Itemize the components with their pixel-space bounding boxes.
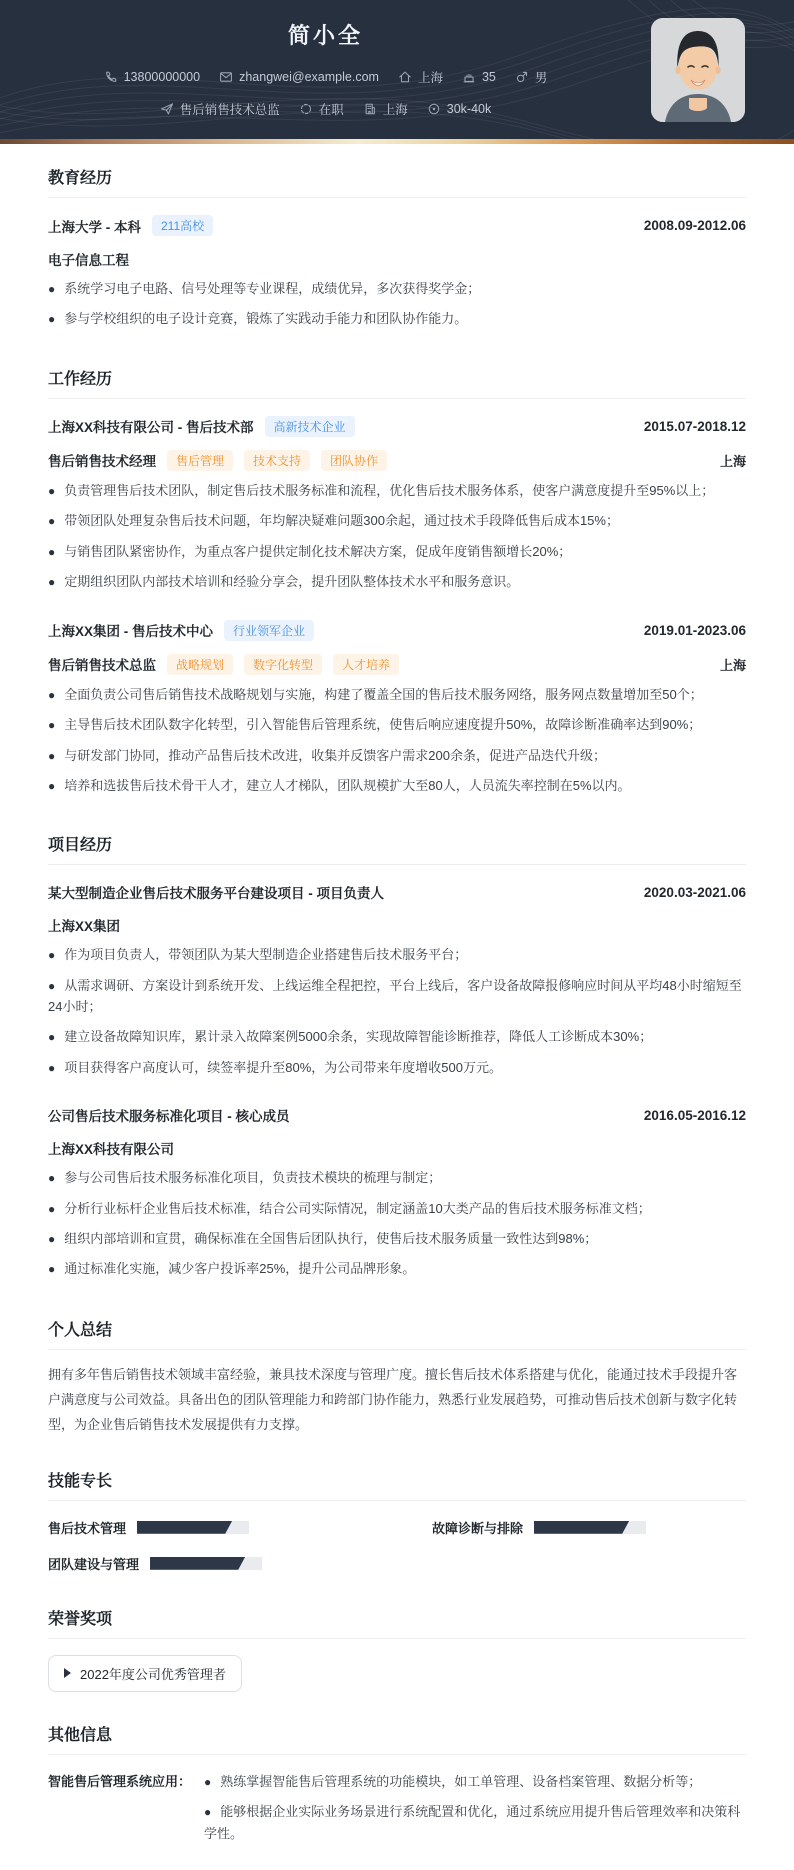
bullet-dot: ● xyxy=(48,779,55,793)
section-honors: 荣誉奖项 2022年度公司优秀管理者 xyxy=(48,1606,746,1692)
education-date: 2008.09-2012.06 xyxy=(644,218,746,233)
school-tag: 211高校 xyxy=(152,215,213,236)
role-tag: 技术支持 xyxy=(244,450,310,471)
project-bullets: ●参与公司售后技术服务标准化项目，负责技术模块的梳理与制定； ●分析行业标杆企业… xyxy=(48,1167,746,1280)
phone-icon xyxy=(104,70,118,84)
bullet-item: ●培养和选拔售后技术骨干人才，建立人才梯队，团队规模扩大至80人，人员流失率控制… xyxy=(48,775,746,796)
home-icon xyxy=(398,70,412,84)
work-date: 2019.01-2023.06 xyxy=(644,623,746,638)
bullet-dot: ● xyxy=(48,545,55,559)
skill-bar-fill xyxy=(137,1521,232,1534)
skill-name: 售后技术管理 xyxy=(48,1518,126,1537)
bullet-item: ●与销售团队紧密协作，为重点客户提供定制化技术解决方案，促成年度销售额增长20%… xyxy=(48,541,746,562)
education-bullets: ●系统学习电子电路、信号处理等专业课程，成绩优异，多次获得奖学金； ●参与学校组… xyxy=(48,278,746,330)
skill-bar-track xyxy=(137,1521,249,1534)
bullet-item: ●与研发部门协同，推动产品售后技术改进，收集并反馈客户需求200余条，促进产品迭… xyxy=(48,745,746,766)
skill-bar-track xyxy=(150,1557,262,1570)
triangle-right-icon xyxy=(64,1668,71,1678)
section-other: 其他信息 智能售后管理系统应用： ●熟练掌握智能售后管理系统的功能模块，如工单管… xyxy=(48,1722,746,1844)
role-tag: 人才培养 xyxy=(333,654,399,675)
section-education: 教育经历 上海大学 - 本科 211高校 2008.09-2012.06 电子信… xyxy=(48,165,746,330)
gender-value: 男 xyxy=(535,68,548,86)
school-name: 上海大学 - 本科 xyxy=(48,216,141,236)
project-name: 公司售后技术服务标准化项目 - 核心成员 xyxy=(48,1105,290,1125)
bullet-item: ●全面负责公司售后销售技术战略规划与实施，构建了覆盖全国的售后技术服务网络，服务… xyxy=(48,684,746,705)
skill-item: 售后技术管理 xyxy=(48,1518,362,1537)
bullet-dot: ● xyxy=(48,948,55,962)
bullet-item: ●通过标准化实施，减少客户投诉率25%，提升公司品牌形象。 xyxy=(48,1258,746,1279)
section-title-skills: 技能专长 xyxy=(48,1468,746,1501)
section-skills: 技能专长 售后技术管理 故障诊断与排除 团队建设与管理 xyxy=(48,1468,746,1573)
bullet-dot: ● xyxy=(48,688,55,702)
skill-item: 故障诊断与排除 xyxy=(432,1518,746,1537)
bullet-dot: ● xyxy=(204,1775,211,1789)
company-tag: 行业领军企业 xyxy=(224,620,314,641)
role-name: 售后销售技术总监 xyxy=(48,654,156,674)
bullet-item: ●负责管理售后技术团队，制定售后技术服务标准和流程，优化售后技术服务体系，使客户… xyxy=(48,480,746,501)
section-title-summary: 个人总结 xyxy=(48,1317,746,1350)
bullet-item: ●从需求调研、方案设计到系统开发、上线运维全程把控，平台上线后，客户设备故障报修… xyxy=(48,975,746,1017)
status-item: 在职 xyxy=(299,100,344,118)
company-tag: 高新技术企业 xyxy=(265,416,355,437)
phone-value: 13800000000 xyxy=(124,70,200,84)
section-summary: 个人总结 拥有多年售后销售技术领域丰富经验，兼具技术深度与管理广度。擅长售后技术… xyxy=(48,1317,746,1438)
email-icon xyxy=(219,70,233,84)
work-bullets: ●负责管理售后技术团队，制定售后技术服务标准和流程，优化售后技术服务体系，使客户… xyxy=(48,480,746,593)
avatar xyxy=(651,18,745,122)
section-title-other: 其他信息 xyxy=(48,1722,746,1755)
contact-row-2: 售后销售技术总监 在职 上海 xyxy=(0,100,651,118)
skill-name: 团队建设与管理 xyxy=(48,1554,139,1573)
bullet-item: ●能够根据企业实际业务场景进行系统配置和优化，通过系统应用提升售后管理效率和决策… xyxy=(204,1801,746,1843)
honor-badge[interactable]: 2022年度公司优秀管理者 xyxy=(48,1655,242,1692)
work-location: 上海 xyxy=(720,451,746,470)
bullet-dot: ● xyxy=(48,1202,55,1216)
section-work: 工作经历 上海XX科技有限公司 - 售后技术部 高新技术企业 2015.07-2… xyxy=(48,366,746,797)
summary-text: 拥有多年售后销售技术领域丰富经验，兼具技术深度与管理广度。擅长售后技术体系搭建与… xyxy=(48,1363,746,1438)
skill-item: 团队建设与管理 xyxy=(48,1554,362,1573)
position-value: 售后销售技术总监 xyxy=(180,100,280,118)
position-icon xyxy=(160,102,174,116)
salary-item: 30k-40k xyxy=(427,102,491,116)
project-bullets: ●作为项目负责人，带领团队为某大型制造企业搭建售后技术服务平台； ●从需求调研、… xyxy=(48,944,746,1078)
bullet-item: ●组织内部培训和宣贯，确保标准在全国售后团队执行，使售后技术服务质量一致性达到9… xyxy=(48,1228,746,1249)
bullet-item: ●参与学校组织的电子设计竞赛，锻炼了实践动手能力和团队协作能力。 xyxy=(48,308,746,329)
city-value: 上海 xyxy=(383,100,408,118)
age-icon xyxy=(462,70,476,84)
other-bullets: ●熟练掌握智能售后管理系统的功能模块，如工单管理、设备档案管理、数据分析等； ●… xyxy=(204,1771,746,1844)
gender-item: 男 xyxy=(515,68,548,86)
bullet-item: ●定期组织团队内部技术培训和经验分享会，提升团队整体技术水平和服务意识。 xyxy=(48,571,746,592)
email-value: zhangwei@example.com xyxy=(239,70,379,84)
section-projects: 项目经历 某大型制造企业售后技术服务平台建设项目 - 项目负责人 2020.03… xyxy=(48,832,746,1280)
work-entry-1: 上海XX科技有限公司 - 售后技术部 高新技术企业 2015.07-2018.1… xyxy=(48,416,746,593)
bullet-dot: ● xyxy=(48,514,55,528)
section-title-honors: 荣誉奖项 xyxy=(48,1606,746,1639)
bullet-item: ●主导售后技术团队数字化转型，引入智能售后管理系统，使售后响应速度提升50%，故… xyxy=(48,714,746,735)
resume-body: 教育经历 上海大学 - 本科 211高校 2008.09-2012.06 电子信… xyxy=(0,165,794,1870)
work-date: 2015.07-2018.12 xyxy=(644,419,746,434)
bullet-dot: ● xyxy=(48,282,55,296)
project-org: 上海XX集团 xyxy=(48,915,746,935)
bullet-dot: ● xyxy=(48,1232,55,1246)
age-value: 35 xyxy=(482,70,496,84)
work-location: 上海 xyxy=(720,655,746,674)
bullet-dot: ● xyxy=(48,1171,55,1185)
bullet-item: ●熟练掌握智能售后管理系统的功能模块，如工单管理、设备档案管理、数据分析等； xyxy=(204,1771,746,1792)
section-title-work: 工作经历 xyxy=(48,366,746,399)
home-city-item: 上海 xyxy=(398,68,443,86)
status-icon xyxy=(299,102,313,116)
other-label: 智能售后管理系统应用： xyxy=(48,1771,191,1844)
skill-name: 故障诊断与排除 xyxy=(432,1518,523,1537)
project-entry-head: 公司售后技术服务标准化项目 - 核心成员 2016.05-2016.12 xyxy=(48,1105,746,1125)
work-entry-sub: 售后销售技术经理 售后管理 技术支持 团队协作 上海 xyxy=(48,450,746,471)
bullet-dot: ● xyxy=(48,979,55,993)
honor-text: 2022年度公司优秀管理者 xyxy=(80,1664,226,1683)
bullet-item: ●系统学习电子电路、信号处理等专业课程，成绩优异，多次获得奖学金； xyxy=(48,278,746,299)
bullet-dot: ● xyxy=(48,749,55,763)
skill-bar-track xyxy=(534,1521,646,1534)
bullet-dot: ● xyxy=(48,718,55,732)
company-name: 上海XX集团 - 售后技术中心 xyxy=(48,620,213,640)
project-name: 某大型制造企业售后技术服务平台建设项目 - 项目负责人 xyxy=(48,882,384,902)
city-item: 上海 xyxy=(363,100,408,118)
other-info-row: 智能售后管理系统应用： ●熟练掌握智能售后管理系统的功能模块，如工单管理、设备档… xyxy=(48,1771,746,1844)
work-entry-sub: 售后销售技术总监 战略规划 数字化转型 人才培养 上海 xyxy=(48,654,746,675)
home-city-value: 上海 xyxy=(418,68,443,86)
age-item: 35 xyxy=(462,70,496,84)
bullet-dot: ● xyxy=(204,1805,211,1819)
salary-icon xyxy=(427,102,441,116)
position-item: 售后销售技术总监 xyxy=(160,100,280,118)
major-name: 电子信息工程 xyxy=(48,249,746,269)
role-tag: 数字化转型 xyxy=(244,654,322,675)
city-icon xyxy=(363,102,377,116)
bullet-item: ●分析行业标杆企业售后技术标准，结合公司实际情况，制定涵盖10大类产品的售后技术… xyxy=(48,1198,746,1219)
phone-item: 13800000000 xyxy=(104,70,200,84)
project-entry-head: 某大型制造企业售后技术服务平台建设项目 - 项目负责人 2020.03-2021… xyxy=(48,882,746,902)
status-value: 在职 xyxy=(319,100,344,118)
section-title-projects: 项目经历 xyxy=(48,832,746,865)
bullet-dot: ● xyxy=(48,1061,55,1075)
bullet-item: ●带领团队处理复杂售后技术问题，年均解决疑难问题300余起，通过技术手段降低售后… xyxy=(48,510,746,531)
work-entry-head: 上海XX集团 - 售后技术中心 行业领军企业 2019.01-2023.06 xyxy=(48,620,746,641)
bullet-item: ●建立设备故障知识库，累计录入故障案例5000余条，实现故障智能诊断推荐，降低人… xyxy=(48,1026,746,1047)
bullet-dot: ● xyxy=(48,312,55,326)
candidate-name: 简小全 xyxy=(0,19,651,50)
bullet-item: ●参与公司售后技术服务标准化项目，负责技术模块的梳理与制定； xyxy=(48,1167,746,1188)
header-gradient-divider xyxy=(0,139,794,144)
bullet-item: ●项目获得客户高度认可，续签率提升至80%，为公司带来年度增收500万元。 xyxy=(48,1057,746,1078)
resume-header: 简小全 13800000000 zhangwei@example.com xyxy=(0,0,794,139)
section-title-education: 教育经历 xyxy=(48,165,746,198)
project-date: 2016.05-2016.12 xyxy=(644,1108,746,1123)
project-entry-2: 公司售后技术服务标准化项目 - 核心成员 2016.05-2016.12 上海X… xyxy=(48,1105,746,1280)
work-bullets: ●全面负责公司售后销售技术战略规划与实施，构建了覆盖全国的售后技术服务网络，服务… xyxy=(48,684,746,797)
role-tag: 战略规划 xyxy=(167,654,233,675)
role-name: 售后销售技术经理 xyxy=(48,450,156,470)
project-org: 上海XX科技有限公司 xyxy=(48,1138,746,1158)
education-entry-head: 上海大学 - 本科 211高校 2008.09-2012.06 xyxy=(48,215,746,236)
bullet-dot: ● xyxy=(48,1262,55,1276)
project-entry-1: 某大型制造企业售后技术服务平台建设项目 - 项目负责人 2020.03-2021… xyxy=(48,882,746,1078)
role-tag: 售后管理 xyxy=(167,450,233,471)
bullet-dot: ● xyxy=(48,575,55,589)
work-entry-head: 上海XX科技有限公司 - 售后技术部 高新技术企业 2015.07-2018.1… xyxy=(48,416,746,437)
bullet-item: ●作为项目负责人，带领团队为某大型制造企业搭建售后技术服务平台； xyxy=(48,944,746,965)
contact-row-1: 13800000000 zhangwei@example.com 上海 xyxy=(0,68,651,86)
bullet-dot: ● xyxy=(48,1030,55,1044)
gender-icon xyxy=(515,70,529,84)
skills-grid: 售后技术管理 故障诊断与排除 团队建设与管理 xyxy=(48,1501,746,1573)
email-item: zhangwei@example.com xyxy=(219,70,379,84)
work-entry-2: 上海XX集团 - 售后技术中心 行业领军企业 2019.01-2023.06 售… xyxy=(48,620,746,797)
role-tag: 团队协作 xyxy=(321,450,387,471)
salary-value: 30k-40k xyxy=(447,102,491,116)
company-name: 上海XX科技有限公司 - 售后技术部 xyxy=(48,416,254,436)
project-date: 2020.03-2021.06 xyxy=(644,885,746,900)
skill-bar-fill xyxy=(534,1521,629,1534)
skill-bar-fill xyxy=(150,1557,245,1570)
bullet-dot: ● xyxy=(48,484,55,498)
